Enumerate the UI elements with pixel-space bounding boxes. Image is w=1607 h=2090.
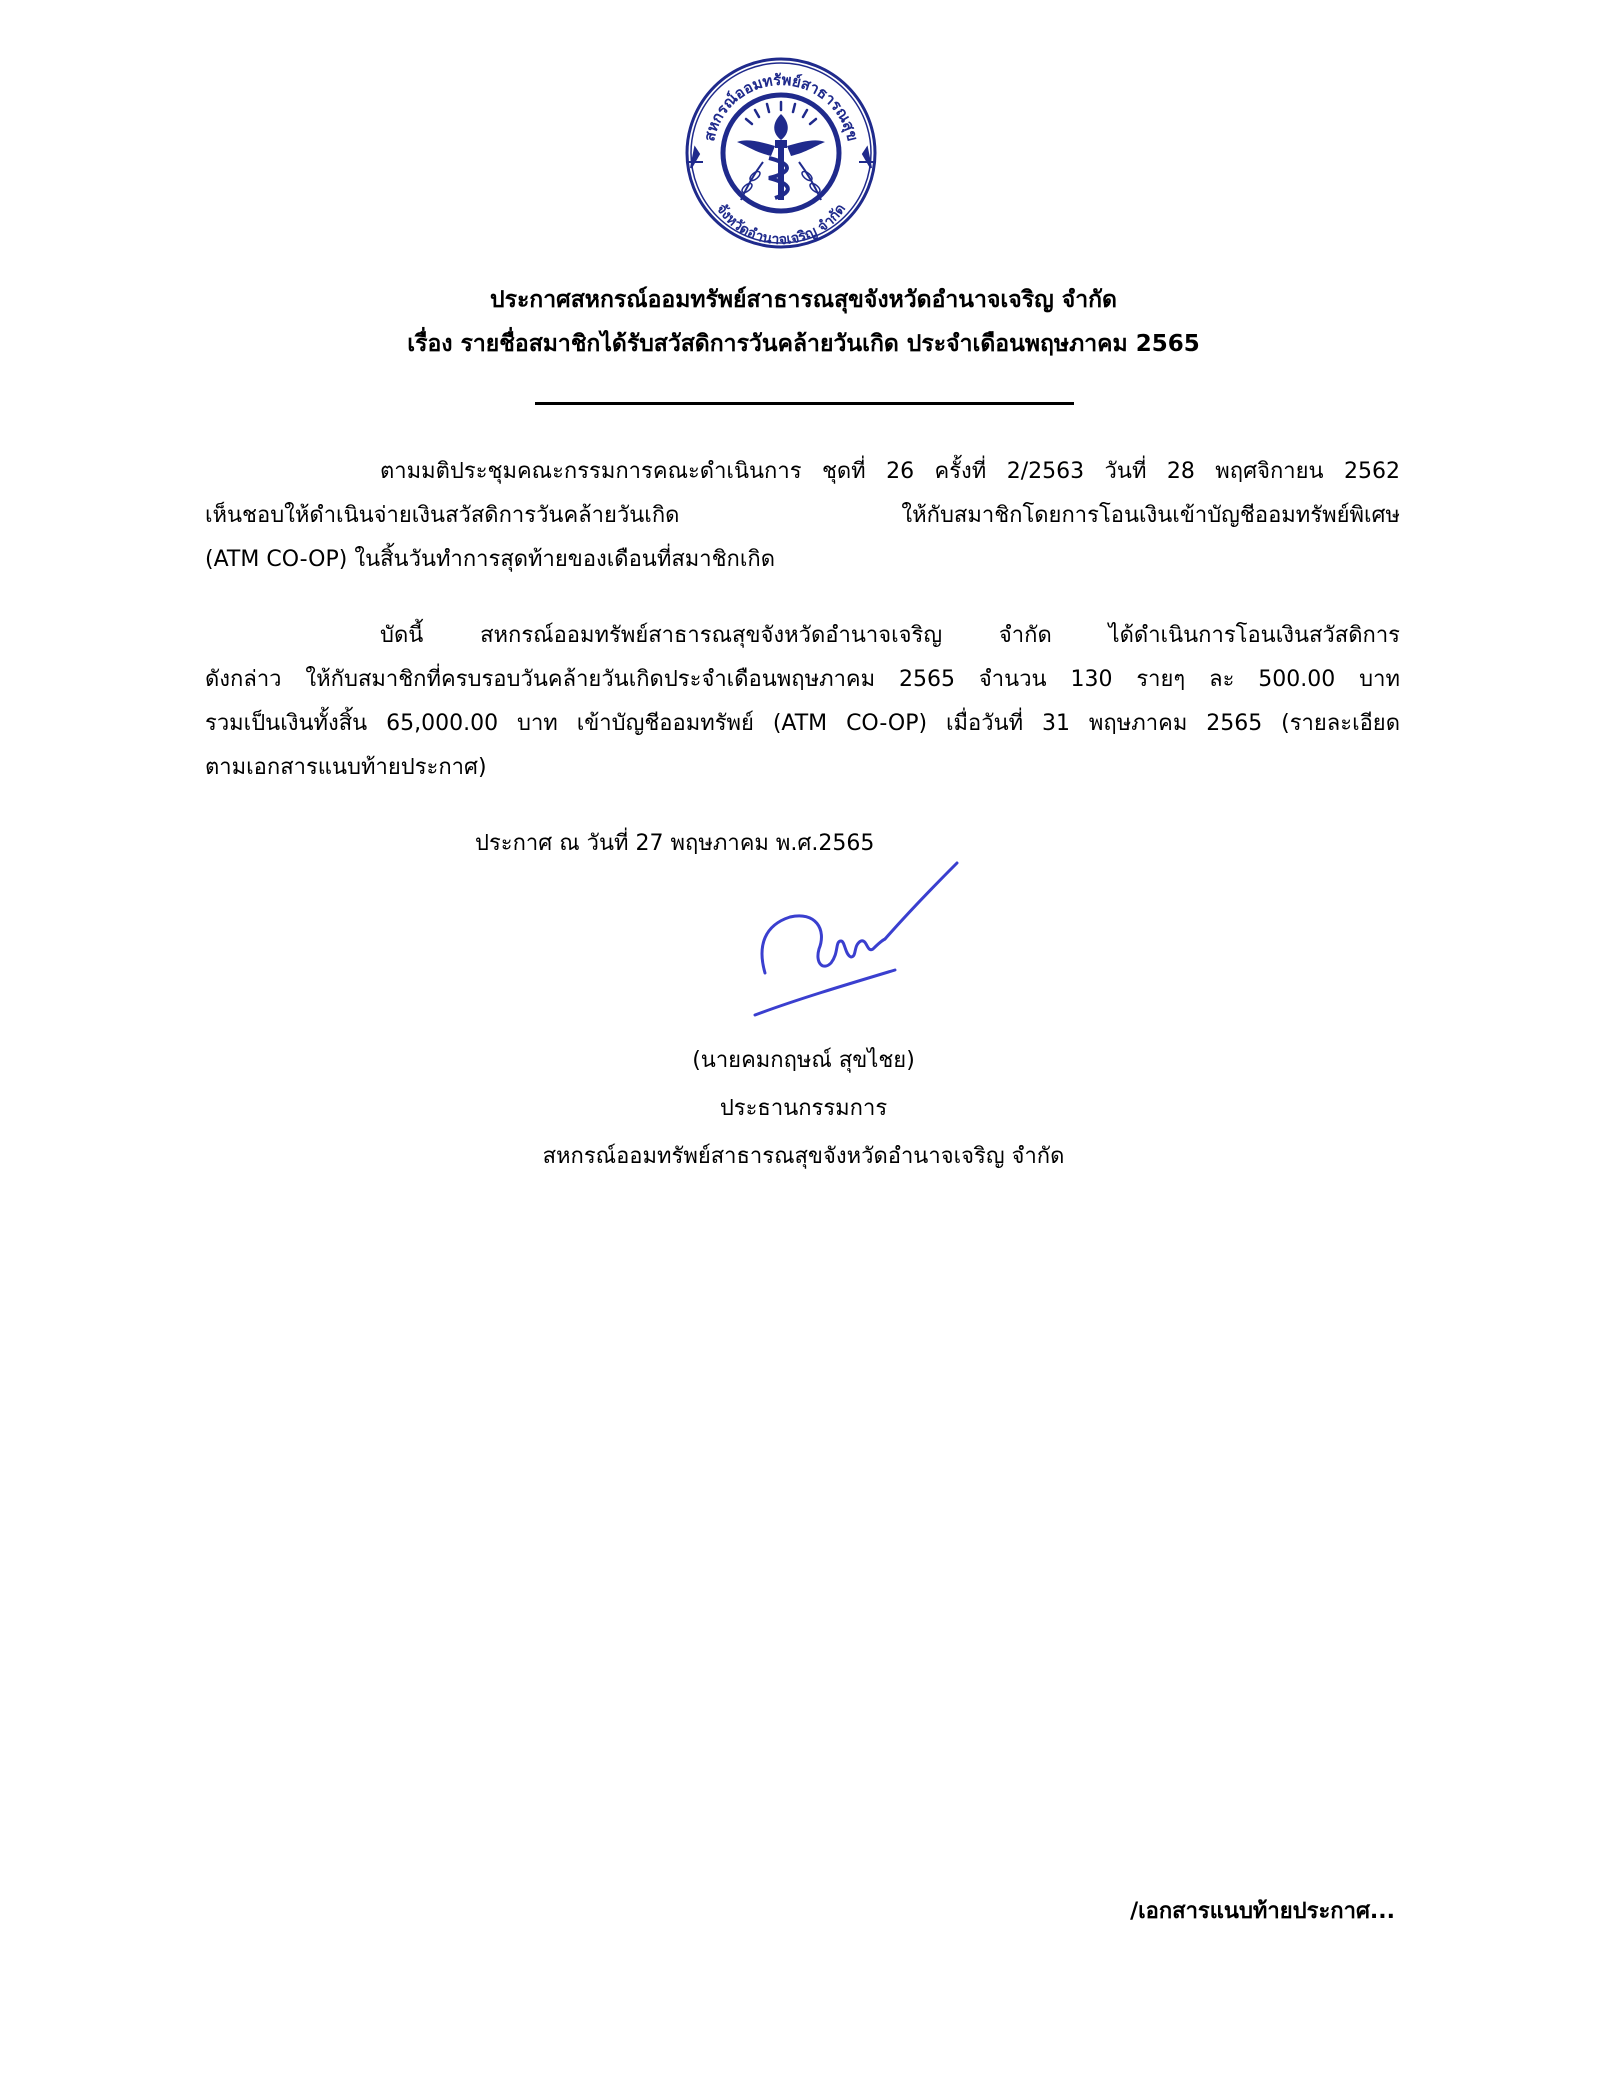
paragraph-1-line-3: (ATM CO-OP) ในสิ้นวันทำการสุดท้ายของเดือ… [205, 541, 775, 576]
announcement-title: ประกาศสหกรณ์ออมทรัพย์สาธารณสุขจังหวัดอำน… [0, 282, 1607, 318]
paragraph-2-line-2: ดังกล่าว ให้กับสมาชิกที่ครบรอบวันคล้ายวั… [205, 661, 1400, 696]
cooperative-emblem-icon: สหกรณ์ออมทรัพย์สาธารณสุข จังหวัดอำนาจเจร… [683, 50, 879, 256]
paragraph-2-line-1: บัดนี้ สหกรณ์ออมทรัพย์สาธารณสุขจังหวัดอำ… [380, 617, 1400, 652]
signatory-organization: สหกรณ์ออมทรัพย์สาธารณสุขจังหวัดอำนาจเจริ… [0, 1138, 1607, 1173]
signatory-position: ประธานกรรมการ [0, 1090, 1607, 1125]
paragraph-1-line-2: เห็นชอบให้ดำเนินจ่ายเงินสวัสดิการวันคล้า… [205, 497, 1400, 532]
svg-text:จังหวัดอำนาจเจริญ จำกัด: จังหวัดอำนาจเจริญ จำกัด [713, 201, 849, 248]
title-divider [535, 402, 1074, 405]
signatory-name: (นายคมกฤษณ์ สุขไชย) [0, 1042, 1607, 1077]
paragraph-2-line-3: รวมเป็นเงินทั้งสิ้น 65,000.00 บาท เข้าบั… [205, 705, 1400, 740]
announcement-subject: เรื่อง รายชื่อสมาชิกได้รับสวัสดิการวันคล… [0, 326, 1607, 362]
paragraph-1-line-1: ตามมติประชุมคณะกรรมการคณะดำเนินการ ชุดที… [380, 453, 1400, 488]
announcement-page: สหกรณ์ออมทรัพย์สาธารณสุข จังหวัดอำนาจเจร… [0, 0, 1607, 2090]
paragraph-2-line-4: ตามเอกสารแนบท้ายประกาศ) [205, 749, 487, 784]
attachment-continuation-note: /เอกสารแนบท้ายประกาศ... [1130, 1893, 1395, 1928]
handwritten-signature-icon [735, 845, 965, 1020]
